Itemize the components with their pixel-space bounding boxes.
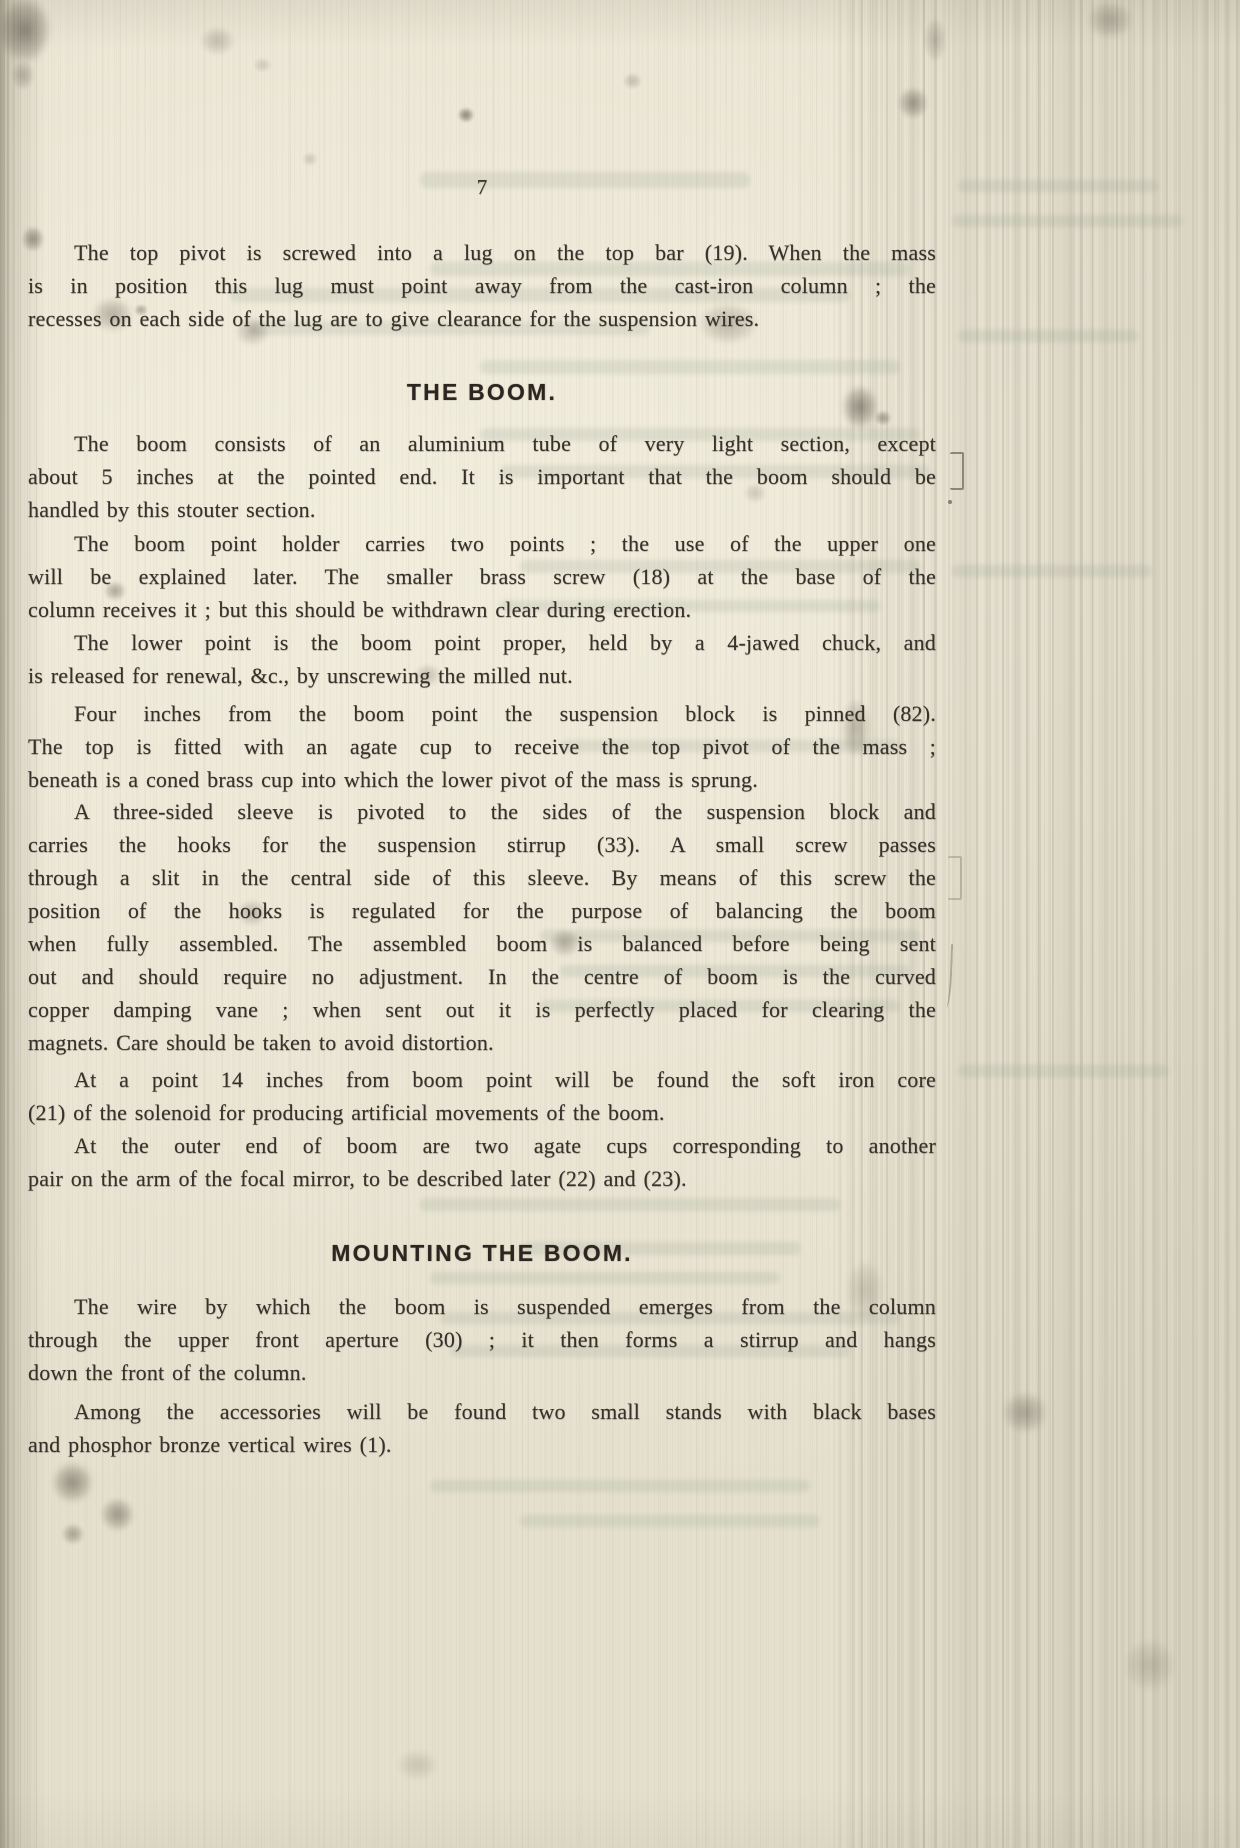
paragraph: Four inches from the boom point the susp… (28, 697, 936, 796)
scan-streak-line (1178, 0, 1181, 1848)
text-line: At the outer end of boom are two agate c… (28, 1129, 936, 1162)
text-line: The wire by which the boom is suspended … (28, 1290, 936, 1323)
text-line: when fully assembled. The assembled boom… (28, 927, 936, 960)
text-line: The top pivot is screwed into a lug on t… (28, 236, 936, 269)
text-line: (21) of the solenoid for producing artif… (28, 1096, 936, 1129)
paragraph: The wire by which the boom is suspended … (28, 1290, 936, 1389)
scan-streak-line (1063, 0, 1075, 1848)
scan-streak-line (1080, 0, 1083, 1848)
page-scan: 7 The top pivot is screwed into a lug on… (0, 0, 1240, 1848)
stain-mark (58, 1520, 88, 1548)
scan-streak-line (1104, 0, 1109, 1848)
text-line: will be explained later. The smaller bra… (28, 560, 936, 593)
paragraph: Among the accessories will be found two … (28, 1395, 936, 1461)
stain-mark (95, 1492, 140, 1537)
scan-streak-line (1012, 0, 1020, 1848)
scan-streak-line (1166, 0, 1168, 1848)
stain-mark (620, 70, 645, 92)
margin-pencil-mark (950, 452, 964, 490)
paragraph: A three-sided sleeve is pivoted to the s… (28, 795, 936, 1059)
showthrough-text-ghost (520, 1515, 820, 1527)
stain-mark (920, 10, 950, 70)
scan-streak-line (1214, 0, 1216, 1848)
stain-mark (45, 1455, 100, 1510)
stain-mark (300, 150, 320, 168)
margin-pencil-mark (948, 500, 952, 504)
scan-streak-line (1236, 0, 1238, 1848)
scan-streak-line (1152, 0, 1160, 1848)
stain-mark (1080, 0, 1140, 45)
text-line: recesses on each side of the lug are to … (28, 302, 936, 335)
scan-streak-line (1052, 0, 1054, 1848)
paragraph: At a point 14 inches from boom point wil… (28, 1063, 936, 1129)
scan-streak-line (1092, 0, 1094, 1848)
scan-streak-line (0, 0, 5, 1848)
text-line: A three-sided sleeve is pivoted to the s… (28, 795, 936, 828)
text-line: about 5 inches at the pointed end. It is… (28, 460, 936, 493)
showthrough-text-ghost (958, 330, 1138, 342)
margin-pencil-mark (943, 944, 953, 1008)
text-line: The boom consists of an aluminium tube o… (28, 427, 936, 460)
text-line: The lower point is the boom point proper… (28, 626, 936, 659)
text-line: position of the hooks is regulated for t… (28, 894, 936, 927)
scan-streak-line (948, 0, 950, 1848)
showthrough-text-ghost (958, 180, 1158, 192)
showthrough-text-ghost (952, 215, 1182, 227)
scan-streak-line (1142, 0, 1144, 1848)
scan-streak-line (976, 0, 978, 1848)
text-line: At a point 14 inches from boom point wil… (28, 1063, 936, 1096)
text-line: beneath is a coned brass cup into which … (28, 763, 936, 796)
margin-pencil-mark (948, 856, 962, 900)
paragraph: The top pivot is screwed into a lug on t… (28, 236, 936, 335)
scan-streak-line (20, 0, 21, 1848)
text-line: out and should require no adjustment. In… (28, 960, 936, 993)
paragraph: The boom point holder carries two points… (28, 527, 936, 626)
text-line: The boom point holder carries two points… (28, 527, 936, 560)
scan-streak-line (1038, 0, 1041, 1848)
scan-streak-line (1002, 0, 1004, 1848)
stain-mark (995, 1385, 1055, 1440)
text-line: down the front of the column. (28, 1356, 936, 1389)
text-line: is released for renewal, &c., by unscrew… (28, 659, 936, 692)
showthrough-text-ghost (480, 360, 900, 374)
text-line: column receives it ; but this should be … (28, 593, 936, 626)
scan-streak-line (1202, 0, 1208, 1848)
text-line: through a slit in the central side of th… (28, 861, 936, 894)
scan-streak-line (958, 0, 972, 1848)
text-line: Among the accessories will be found two … (28, 1395, 936, 1428)
showthrough-text-ghost (958, 1065, 1168, 1077)
showthrough-text-ghost (430, 1480, 810, 1492)
text-line: The top is fitted with an agate cup to r… (28, 730, 936, 763)
scan-streak-line (1226, 0, 1229, 1848)
scan-streak-line (7, 0, 9, 1848)
text-line: carries the hooks for the suspension sti… (28, 828, 936, 861)
showthrough-text-ghost (952, 565, 1152, 577)
stain-mark (872, 408, 894, 428)
stain-mark (455, 105, 477, 125)
paragraph: The lower point is the boom point proper… (28, 626, 936, 692)
showthrough-text-ghost (430, 1272, 780, 1284)
text-line: through the upper front aperture (30) ; … (28, 1323, 936, 1356)
stain-mark (0, 0, 60, 75)
scan-streak-line (1116, 0, 1118, 1848)
paragraph: The boom consists of an aluminium tube o… (28, 427, 936, 526)
page-number: 7 (28, 172, 936, 202)
section-heading: MOUNTING THE BOOM. (28, 1237, 936, 1270)
stain-mark (8, 55, 38, 95)
text-line: copper damping vane ; when sent out it i… (28, 993, 936, 1026)
scan-streak-line (13, 0, 15, 1848)
section-heading: THE BOOM. (28, 376, 936, 409)
stain-mark (195, 22, 240, 60)
stain-mark (390, 1745, 445, 1785)
paragraph: At the outer end of boom are two agate c… (28, 1129, 936, 1195)
scan-streak-line (1026, 0, 1028, 1848)
scan-streak-line (1192, 0, 1194, 1848)
stain-mark (1115, 1630, 1185, 1700)
text-line: handled by this stouter section. (28, 493, 936, 526)
showthrough-text-ghost (420, 1198, 840, 1211)
stain-mark (893, 82, 933, 124)
text-line: magnets. Care should be taken to avoid d… (28, 1026, 936, 1059)
text-line: is in position this lug must point away … (28, 269, 936, 302)
scan-streak-line (988, 0, 991, 1848)
text-line: Four inches from the boom point the susp… (28, 697, 936, 730)
text-line: pair on the arm of the focal mirror, to … (28, 1162, 936, 1195)
text-line: and phosphor bronze vertical wires (1). (28, 1428, 936, 1461)
scan-streak-line (1128, 0, 1131, 1848)
stain-mark (250, 55, 275, 75)
